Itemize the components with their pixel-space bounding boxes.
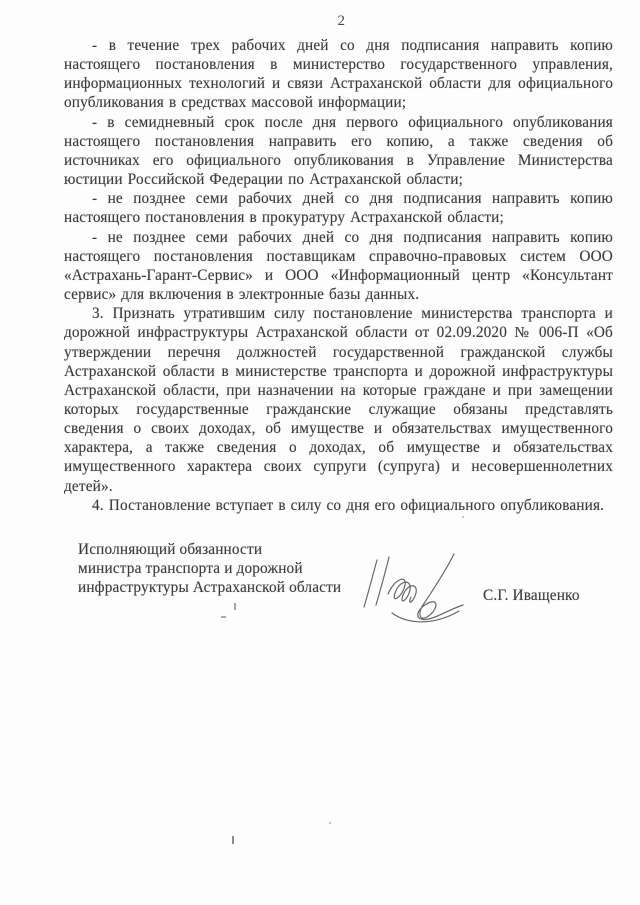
scan-speck (329, 822, 331, 824)
signatory-role-line-3: инфраструктуры Астраханской области (78, 578, 378, 597)
paragraph-send-copy-legal-systems: - не позднее семи рабочих дней со дня по… (64, 228, 613, 305)
signatory-role: Исполняющий обязанности министра транспо… (78, 540, 378, 597)
paragraph-send-copy-justice: - в семидневный срок после дня первого о… (64, 113, 613, 190)
handwritten-signature-icon (342, 550, 477, 635)
signatory-role-line-1: Исполняющий обязанности (78, 540, 378, 559)
scan-speck (234, 603, 236, 610)
scanned-document-page: 2 - в течение трех рабочих дней со дня п… (0, 0, 640, 905)
signatory-role-line-2: министра транспорта и дорожной (78, 559, 378, 578)
document-body: - в течение трех рабочих дней со дня под… (64, 36, 613, 515)
page-number: 2 (0, 13, 640, 30)
signatory-name: С.Г. Иващенко (483, 587, 580, 605)
paragraph-item-4-entry-into-force: 4. Постановление вступает в силу со дня … (64, 496, 613, 515)
scan-speck (221, 616, 226, 618)
paragraph-item-3-invalidate: 3. Признать утратившим силу постановлени… (64, 304, 613, 496)
scan-speck (462, 516, 464, 518)
scan-speck (232, 836, 234, 844)
paragraph-send-copy-prosecutor: - не позднее семи рабочих дней со дня по… (64, 189, 613, 227)
paragraph-send-copy-ministry: - в течение трех рабочих дней со дня под… (64, 36, 613, 113)
